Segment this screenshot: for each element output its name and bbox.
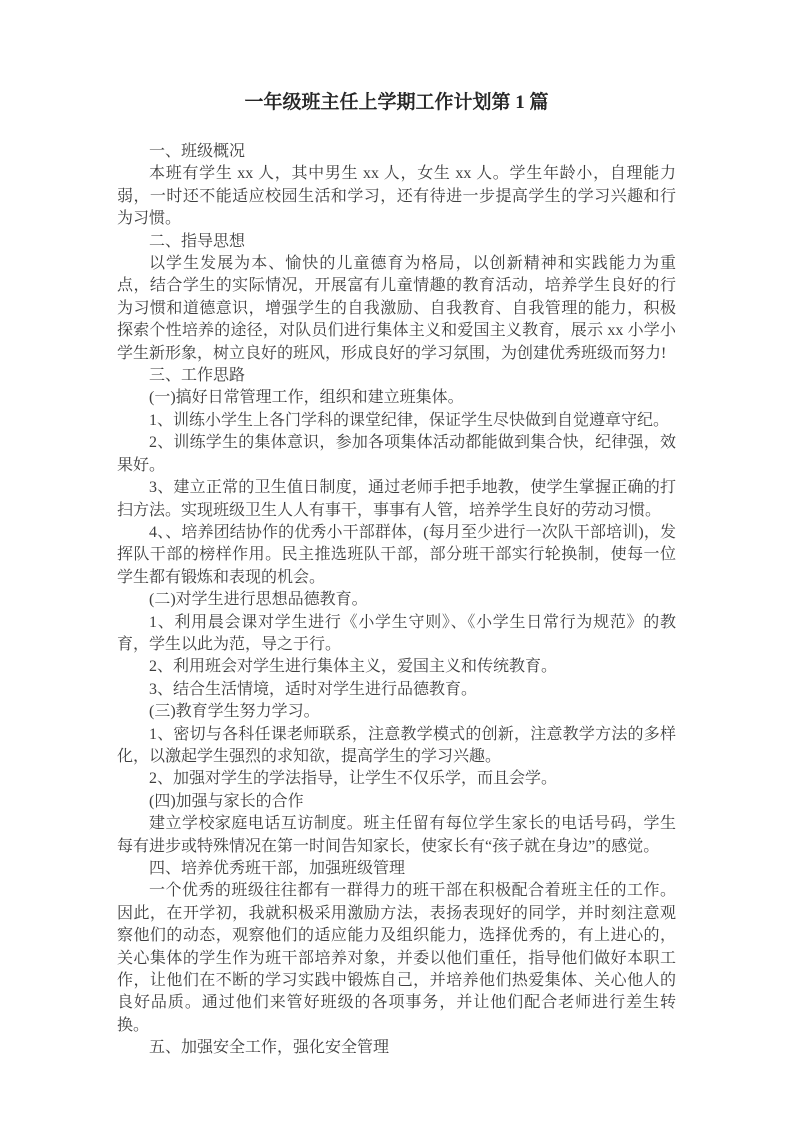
paragraph: 2、加强对学生的学法指导，让学生不仅乐学，而且会学。 — [117, 768, 676, 790]
paragraph: 3、建立正常的卫生值日制度，通过老师手把手地教，使学生掌握正确的打扫方法。实现班… — [117, 477, 676, 522]
paragraph: (二)对学生进行思想品德教育。 — [117, 589, 676, 611]
document-body: 一、班级概况本班有学生 xx 人，其中男生 xx 人，女生 xx 人。学生年龄小… — [117, 141, 676, 1060]
paragraph: 以学生发展为本、愉快的儿童德育为格局，以创新精神和实践能力为重点，结合学生的实际… — [117, 253, 676, 365]
paragraph: 1、利用晨会课对学生进行《小学生守则》、《小学生日常行为规范》的教育，学生以此为… — [117, 612, 676, 657]
paragraph: 二、指导思想 — [117, 231, 676, 253]
paragraph: 一个优秀的班级往往都有一群得力的班干部在积极配合着班主任的工作。因此，在开学初，… — [117, 880, 676, 1037]
paragraph: 三、工作思路 — [117, 365, 676, 387]
paragraph: 2、利用班会对学生进行集体主义，爱国主义和传统教育。 — [117, 656, 676, 678]
paragraph: 四、培养优秀班干部，加强班级管理 — [117, 858, 676, 880]
paragraph: 3、结合生活情境，适时对学生进行品德教育。 — [117, 679, 676, 701]
paragraph: 五、加强安全工作，强化安全管理 — [117, 1037, 676, 1059]
document-title: 一年级班主任上学期工作计划第 1 篇 — [117, 90, 676, 116]
paragraph: 2、训练学生的集体意识，参加各项集体活动都能做到集合快，纪律强，效果好。 — [117, 432, 676, 477]
paragraph: (一)搞好日常管理工作，组织和建立班集体。 — [117, 387, 676, 409]
paragraph: 建立学校家庭电话互访制度。班主任留有每位学生家长的电话号码，学生每有进步或特殊情… — [117, 813, 676, 858]
paragraph: 1、密切与各科任课老师联系，注意教学模式的创新，注意教学方法的多样化，以激起学生… — [117, 724, 676, 769]
paragraph: 4、、培养团结协作的优秀小干部群体，(每月至少进行一次队干部培训)，发挥队干部的… — [117, 522, 676, 589]
paragraph: 1、训练小学生上各门学科的课堂纪律，保证学生尽快做到自觉遵章守纪。 — [117, 410, 676, 432]
paragraph: (四)加强与家长的合作 — [117, 791, 676, 813]
paragraph: 本班有学生 xx 人，其中男生 xx 人，女生 xx 人。学生年龄小，自理能力弱… — [117, 163, 676, 230]
document-page: 一年级班主任上学期工作计划第 1 篇 一、班级概况本班有学生 xx 人，其中男生… — [0, 0, 793, 1122]
paragraph: (三)教育学生努力学习。 — [117, 701, 676, 723]
paragraph: 一、班级概况 — [117, 141, 676, 163]
